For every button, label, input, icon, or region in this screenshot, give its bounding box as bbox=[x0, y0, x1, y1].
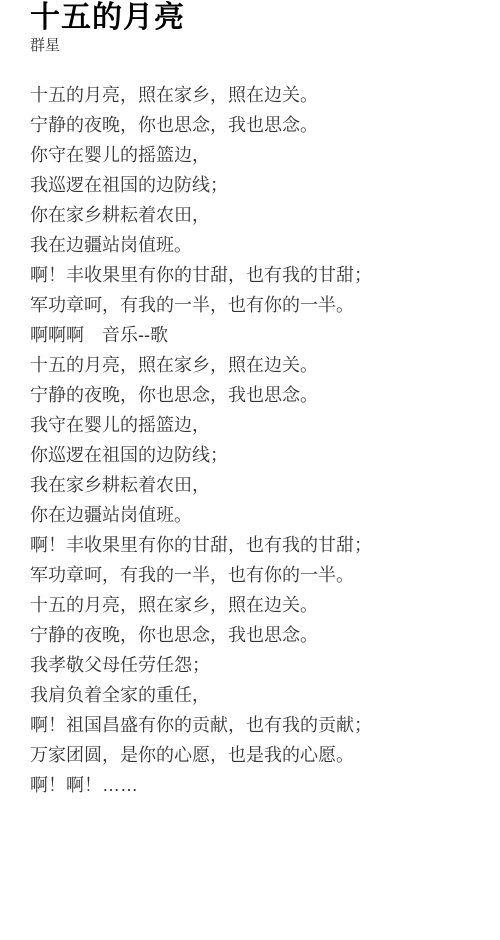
lyric-line: 宁静的夜晚，你也思念，我也思念。 bbox=[30, 620, 500, 650]
lyric-line: 军功章呵，有我的一半，也有你的一半。 bbox=[30, 290, 500, 320]
lyric-line: 你守在婴儿的摇篮边， bbox=[30, 140, 500, 170]
lyric-line: 我肩负着全家的重任， bbox=[30, 680, 500, 710]
lyric-line: 万家团圆，是你的心愿，也是我的心愿。 bbox=[30, 740, 500, 770]
artist-name: 群星 bbox=[30, 36, 500, 55]
lyric-line: 我巡逻在祖国的边防线； bbox=[30, 170, 500, 200]
lyrics-page: 十五的月亮 群星 十五的月亮，照在家乡，照在边关。 宁静的夜晚，你也思念，我也思… bbox=[0, 0, 500, 800]
song-title: 十五的月亮 bbox=[30, 0, 500, 36]
lyric-line: 我守在婴儿的摇篮边， bbox=[30, 410, 500, 440]
lyric-line: 我在边疆站岗值班。 bbox=[30, 230, 500, 260]
lyric-line: 我孝敬父母任劳任怨； bbox=[30, 650, 500, 680]
lyric-line: 你在家乡耕耘着农田， bbox=[30, 200, 500, 230]
lyric-line: 啊啊啊 音乐--歌 bbox=[30, 320, 500, 350]
lyric-line: 十五的月亮，照在家乡，照在边关。 bbox=[30, 80, 500, 110]
lyric-line: 你巡逻在祖国的边防线； bbox=[30, 440, 500, 470]
lyric-line: 十五的月亮，照在家乡，照在边关。 bbox=[30, 590, 500, 620]
lyric-line: 啊！丰收果里有你的甘甜，也有我的甘甜； bbox=[30, 530, 500, 560]
lyric-line: 啊！啊！…… bbox=[30, 770, 500, 800]
lyric-line: 军功章呵，有我的一半，也有你的一半。 bbox=[30, 560, 500, 590]
lyric-line: 十五的月亮，照在家乡，照在边关。 bbox=[30, 350, 500, 380]
lyric-line: 啊！丰收果里有你的甘甜，也有我的甘甜； bbox=[30, 260, 500, 290]
lyric-line: 我在家乡耕耘着农田， bbox=[30, 470, 500, 500]
lyric-line: 啊！祖国昌盛有你的贡献，也有我的贡献； bbox=[30, 710, 500, 740]
lyric-line: 宁静的夜晚，你也思念，我也思念。 bbox=[30, 110, 500, 140]
lyric-line: 宁静的夜晚，你也思念，我也思念。 bbox=[30, 380, 500, 410]
lyric-line: 你在边疆站岗值班。 bbox=[30, 500, 500, 530]
lyrics-body: 十五的月亮，照在家乡，照在边关。 宁静的夜晚，你也思念，我也思念。 你守在婴儿的… bbox=[30, 80, 500, 800]
